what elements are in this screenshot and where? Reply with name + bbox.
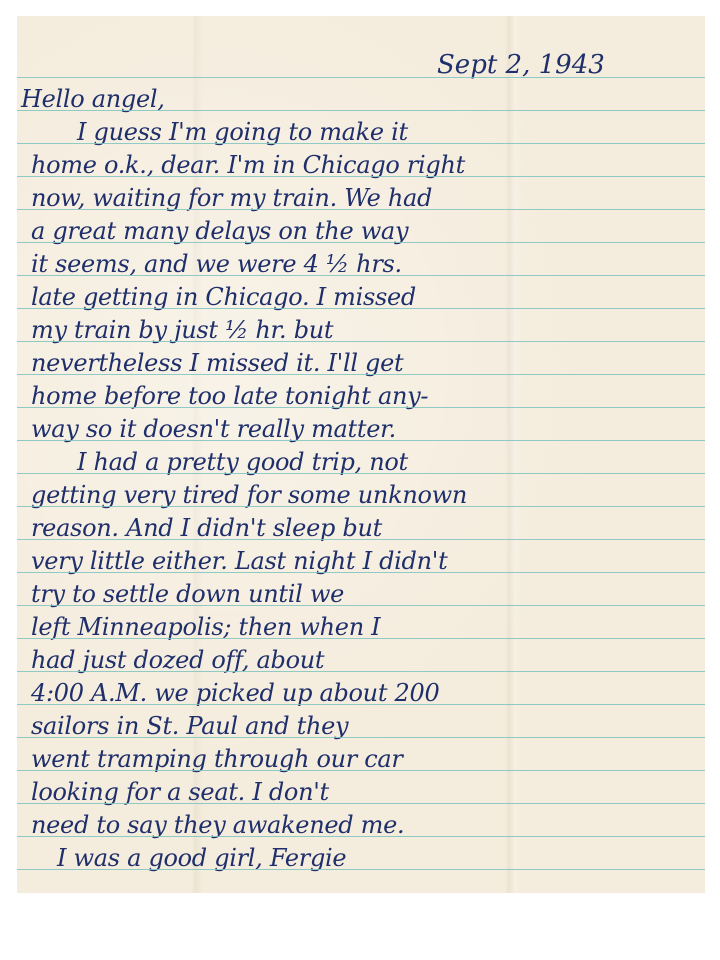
letter-line: a great many delays on the way [17, 215, 705, 248]
letter-line: very little either. Last night I didn't [17, 545, 705, 578]
letter-line: sailors in St. Paul and they [17, 710, 705, 743]
letter-line: way so it doesn't really matter. [17, 413, 705, 446]
letter-line: now, waiting for my train. We had [17, 182, 705, 215]
letter-line: I was a good girl, Fergie [17, 842, 705, 875]
ruled-line [17, 473, 705, 474]
letter-line: getting very tired for some unknown [17, 479, 705, 512]
letter-line: my train by just ½ hr. but [17, 314, 705, 347]
letter-line: left Minneapolis; then when I [17, 611, 705, 644]
ruled-line [17, 209, 705, 210]
ruled-line [17, 374, 705, 375]
letter-line: late getting in Chicago. I missed [17, 281, 705, 314]
ruled-line [17, 737, 705, 738]
ruled-line [17, 770, 705, 771]
letter-line: 4:00 A.M. we picked up about 200 [17, 677, 705, 710]
letter-line: need to say they awakened me. [17, 809, 705, 842]
ruled-line [17, 836, 705, 837]
ruled-line [17, 407, 705, 408]
letter-line: home before too late tonight any- [17, 380, 705, 413]
ruled-line [17, 275, 705, 276]
letter-line: had just dozed off, about [17, 644, 705, 677]
ruled-line [17, 143, 705, 144]
letter-date: Sept 2, 1943 [437, 50, 605, 80]
ruled-line [17, 572, 705, 573]
ruled-line [17, 440, 705, 441]
letter-line: reason. And I didn't sleep but [17, 512, 705, 545]
ruled-line [17, 704, 705, 705]
ruled-line [17, 341, 705, 342]
letter-line: try to settle down until we [17, 578, 705, 611]
ruled-line [17, 605, 705, 606]
ruled-line [17, 77, 705, 78]
ruled-line [17, 638, 705, 639]
ruled-line [17, 308, 705, 309]
ruled-line [17, 803, 705, 804]
letter-line: it seems, and we were 4 ½ hrs. [17, 248, 705, 281]
letter-line: I had a pretty good trip, not [17, 446, 705, 479]
letter-paper: Sept 2, 1943 Hello angel, I guess I'm go… [17, 16, 705, 893]
letter-line: nevertheless I missed it. I'll get [17, 347, 705, 380]
letter-line: I guess I'm going to make it [17, 116, 705, 149]
ruled-line [17, 110, 705, 111]
ruled-line [17, 869, 705, 870]
letter-greeting: Hello angel, [17, 83, 705, 116]
letter-line: went tramping through our car [17, 743, 705, 776]
ruled-line [17, 671, 705, 672]
ruled-line [17, 176, 705, 177]
ruled-line [17, 506, 705, 507]
letter-line: looking for a seat. I don't [17, 776, 705, 809]
ruled-line [17, 242, 705, 243]
letter-line: home o.k., dear. I'm in Chicago right [17, 149, 705, 182]
ruled-line [17, 539, 705, 540]
